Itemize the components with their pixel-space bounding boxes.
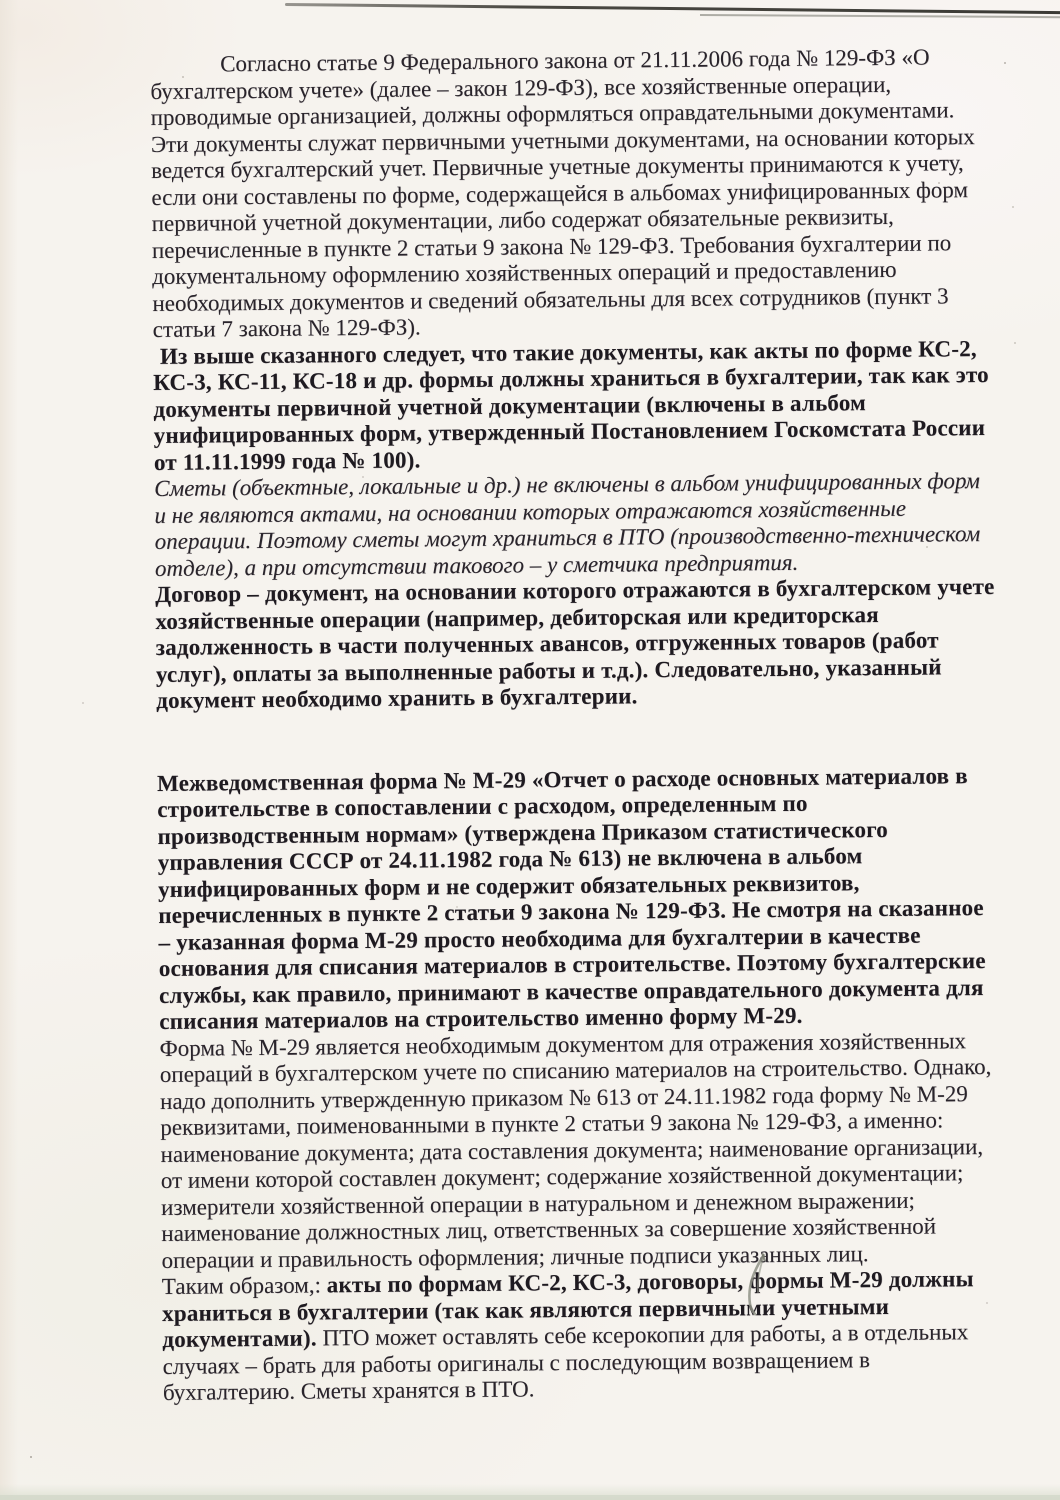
scan-bottom-edge	[0, 1484, 1060, 1500]
scanner-edge-shadow-line	[700, 14, 1060, 18]
paragraph-dogovor-definition: Договор – документ, на основании которог…	[155, 574, 998, 715]
scanned-page: Согласно статье 9 Федерального закона от…	[0, 0, 1060, 1500]
scanner-edge-line	[285, 3, 1060, 14]
paragraph-smety-note: Сметы (объектные, локальные и др.) не вк…	[154, 468, 997, 582]
paragraph-gap	[156, 706, 998, 770]
paragraph-law-129fz-intro: Согласно статье 9 Федерального закона от…	[150, 44, 995, 344]
paragraph-m29-requisites: Форма № М-29 является необходимым докуме…	[159, 1027, 1003, 1274]
scan-dust-specks	[0, 0, 2, 2]
paragraph-m29-form-intro: Межведомственная форма № М-29 «Отчет о р…	[157, 762, 1002, 1035]
paragraph-ks-forms-conclusion: Из выше сказанного следует, что такие до…	[153, 335, 996, 476]
paragraph-final-summary: Таким образом,: акты по формам КС-2, КС-…	[162, 1266, 1005, 1407]
document-text-block: Согласно статье 9 Федерального закона от…	[150, 44, 1005, 1407]
final-summary-lead-in: Таким образом,:	[162, 1272, 327, 1299]
scan-left-shading	[0, 0, 18, 1500]
